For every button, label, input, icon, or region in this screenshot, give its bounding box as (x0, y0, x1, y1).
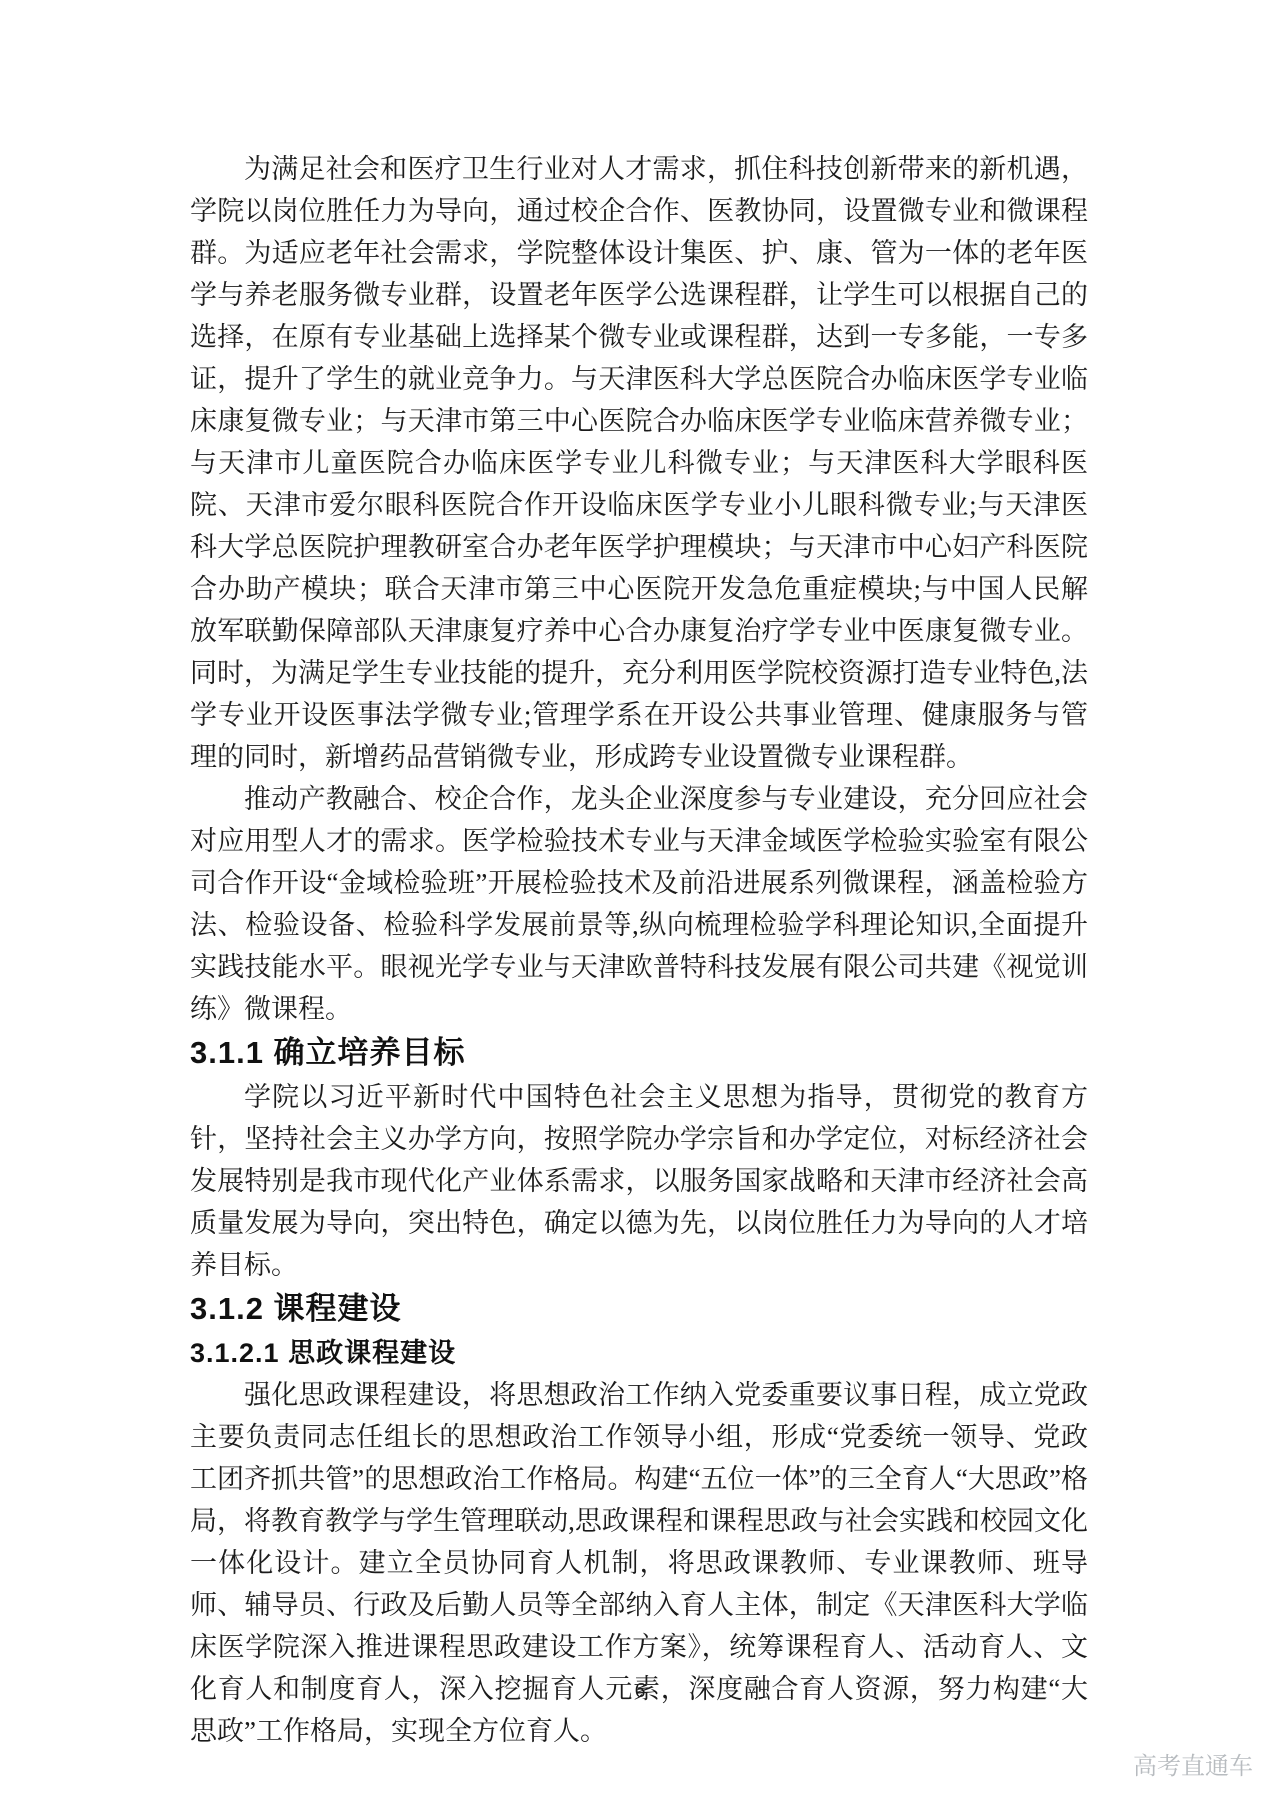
watermark-text: 高考直通车 (1133, 1752, 1253, 1782)
paragraph-training-goal: 学院以习近平新时代中国特色社会主义思想为指导，贯彻党的教育方针，坚持社会主义办学… (190, 1076, 1088, 1286)
heading-3-1-2-1-ideological-courses: 3.1.2.1 思政课程建设 (190, 1332, 1088, 1374)
document-page: 为满足社会和医疗卫生行业对人才需求，抓住科技创新带来的新机遇，学院以岗位胜任力为… (0, 0, 1280, 1810)
paragraph-micro-majors: 为满足社会和医疗卫生行业对人才需求，抓住科技创新带来的新机遇，学院以岗位胜任力为… (190, 148, 1088, 778)
heading-3-1-1-training-goal: 3.1.1 确立培养目标 (190, 1030, 1088, 1076)
heading-3-1-2-course-construction: 3.1.2 课程建设 (190, 1286, 1088, 1332)
page-content: 为满足社会和医疗卫生行业对人才需求，抓住科技创新带来的新机遇，学院以岗位胜任力为… (190, 148, 1088, 1752)
paragraph-industry-education: 推动产教融合、校企合作，龙头企业深度参与专业建设，充分回应社会对应用型人才的需求… (190, 778, 1088, 1030)
page-number: 6 (0, 1676, 1280, 1704)
